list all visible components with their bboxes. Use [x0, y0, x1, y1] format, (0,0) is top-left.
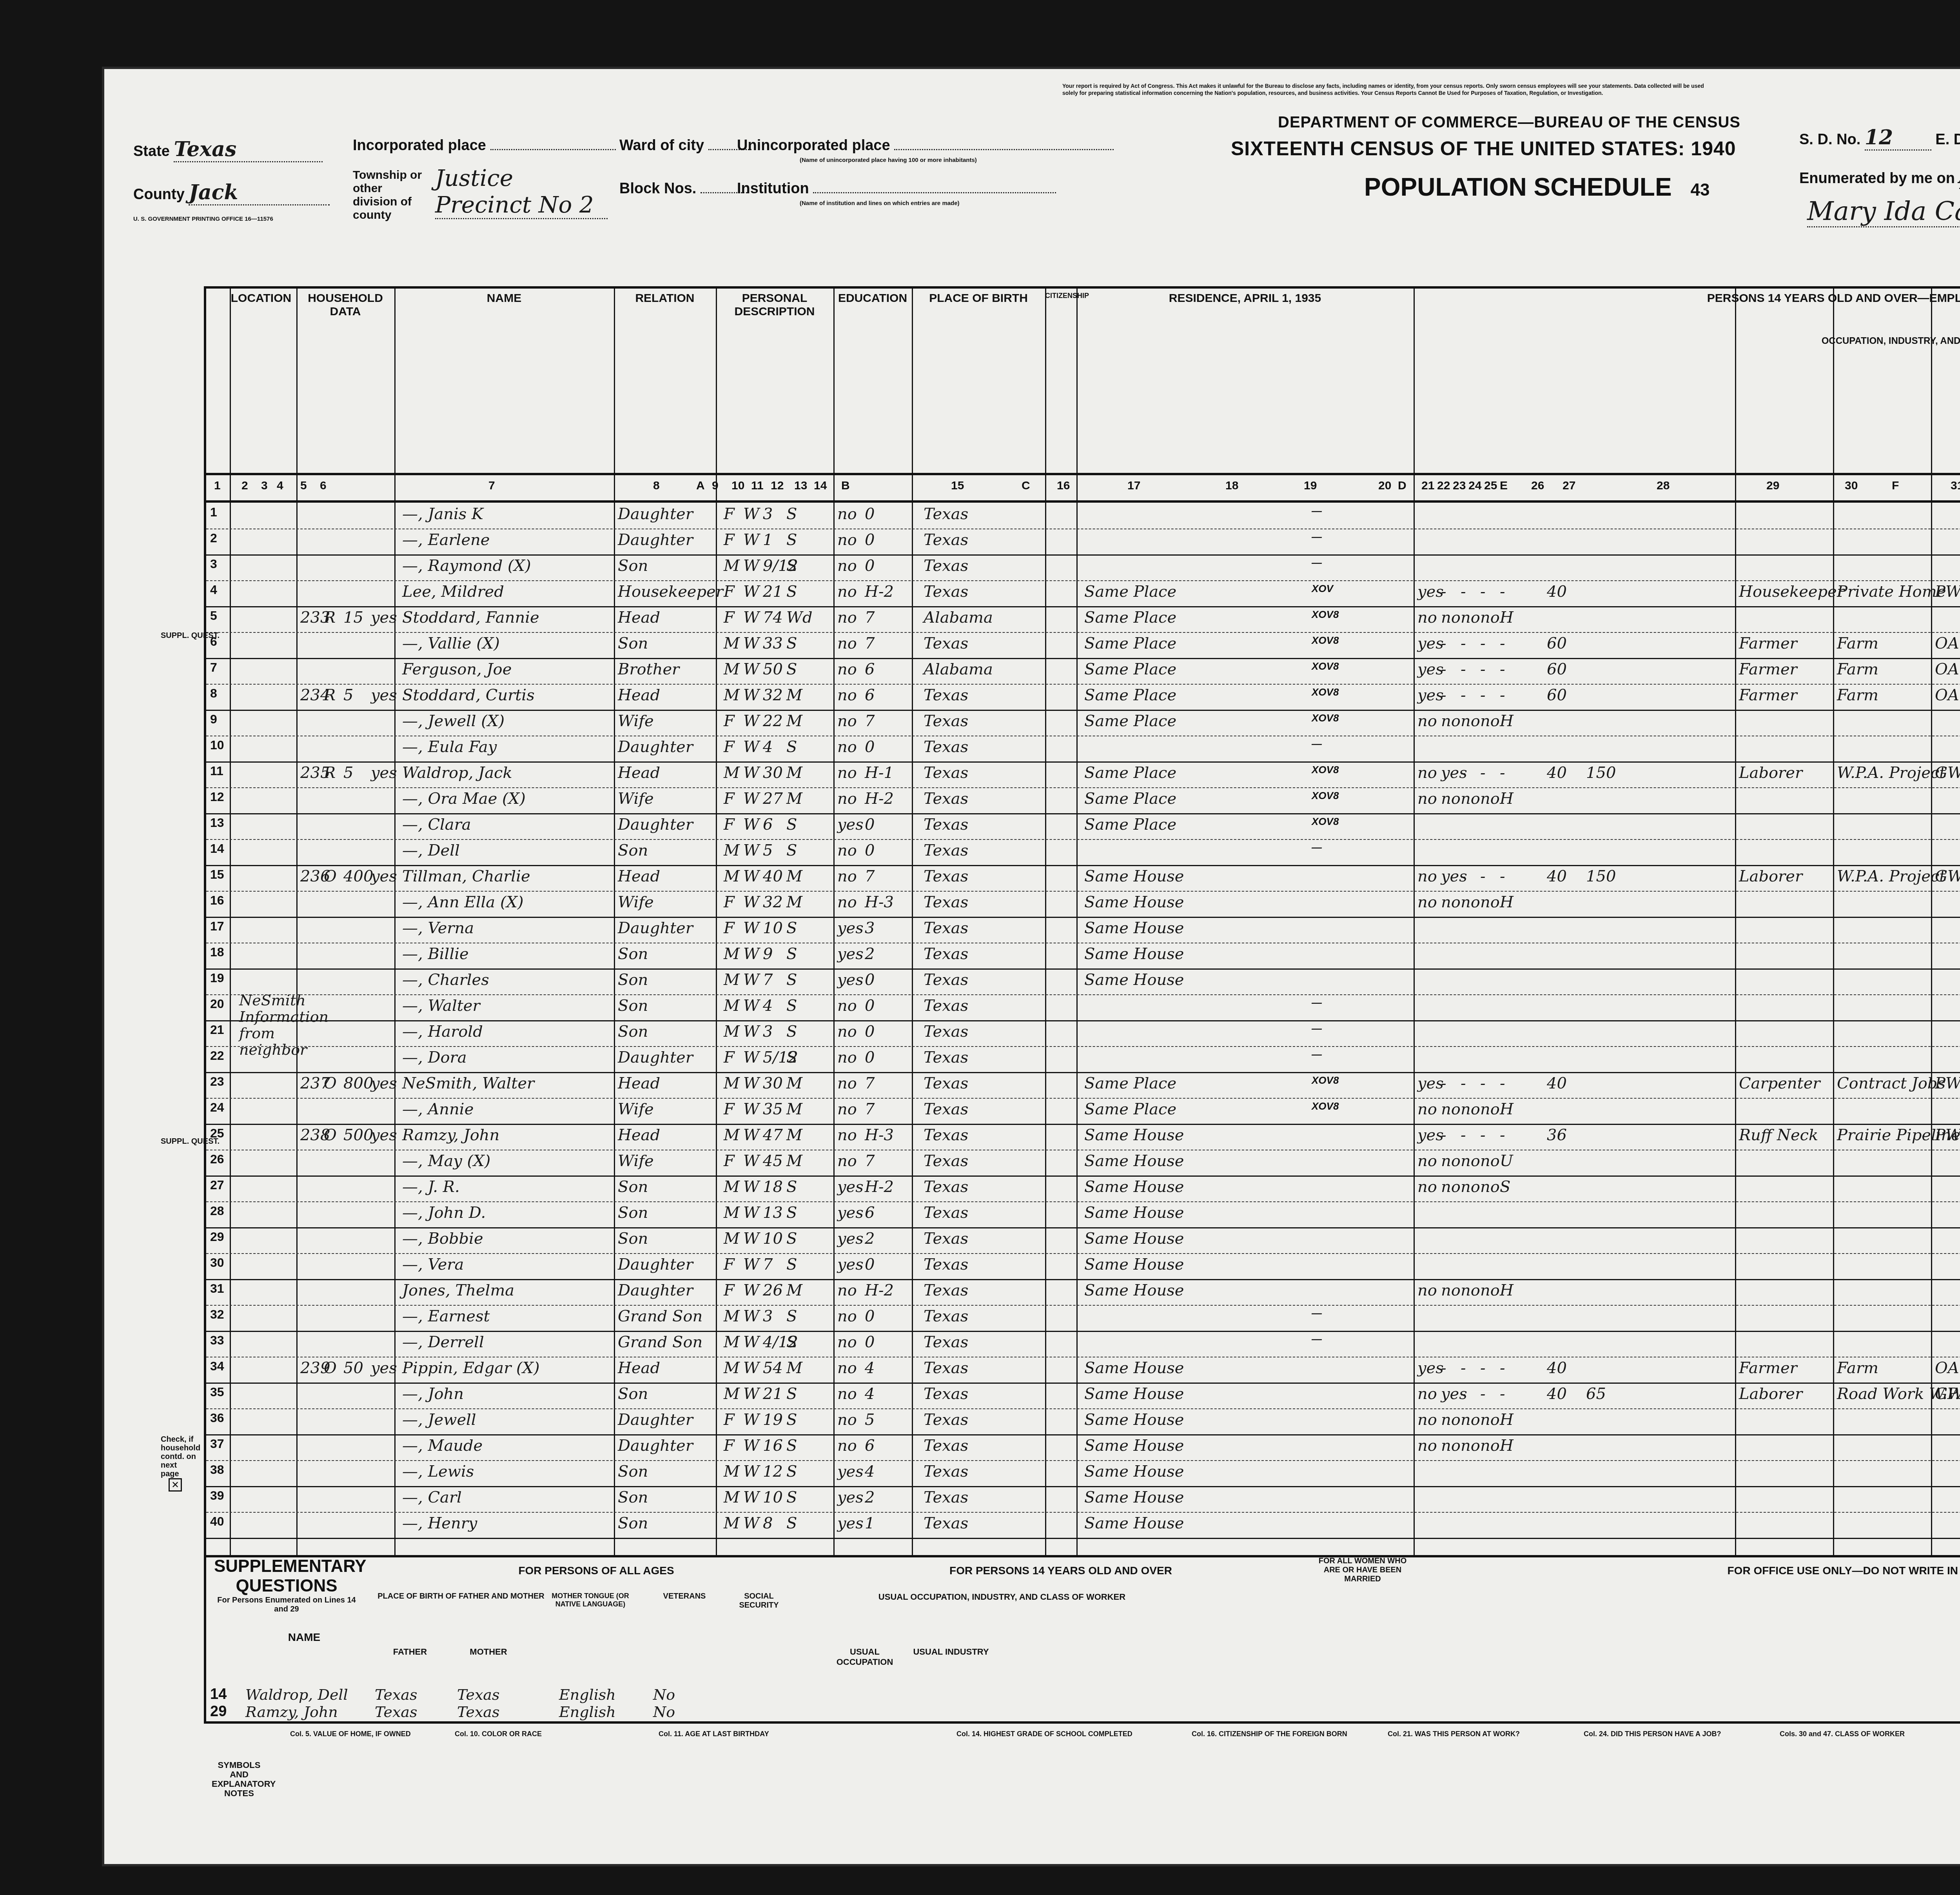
cell-grade: 1 — [865, 1514, 875, 1532]
cell-value: 15 — [343, 609, 363, 627]
cell-age: 8 — [763, 1514, 773, 1532]
cell-sex: M — [724, 1488, 740, 1506]
cell-grade: 7 — [865, 1100, 875, 1118]
cell-birthplace: Texas — [924, 738, 968, 756]
cell-birthplace: Texas — [924, 764, 968, 782]
cell-race: W — [743, 738, 759, 756]
cell-race: W — [743, 1100, 759, 1118]
cell-relation: Daughter — [618, 816, 693, 834]
cell-relation: Daughter — [618, 1437, 693, 1455]
institution-value — [813, 192, 1056, 193]
cell-d: XOV8 — [1312, 1100, 1339, 1112]
cell-sex: F — [724, 738, 735, 756]
section-household: HOUSEHOLD DATA — [296, 292, 394, 318]
cell-line: 16 — [210, 893, 224, 908]
cell-line: 10 — [210, 738, 224, 752]
cell-marital: S — [786, 1204, 797, 1222]
cell-d: XOV8 — [1312, 1074, 1339, 1086]
cell-c23: - — [1461, 686, 1466, 704]
section-employment: PERSONS 14 YEARS OLD AND OVER—EMPLOYMENT… — [1414, 292, 1960, 305]
cell-marital: S — [786, 1514, 797, 1532]
cell-c25: - — [1500, 686, 1505, 704]
enumerator-name: Mary Ida Carver — [1807, 196, 1960, 227]
cell-age: 10 — [763, 1488, 783, 1506]
cell-d: — — [1312, 738, 1322, 750]
cell-birthplace: Texas — [924, 557, 968, 575]
column-number: 9 — [712, 479, 719, 492]
cell-c24: - — [1480, 634, 1486, 652]
cell-race: W — [743, 1437, 759, 1455]
cell-c23: no — [1461, 609, 1480, 627]
printing-office: U. S. GOVERNMENT PRINTING OFFICE 16—1157… — [133, 216, 273, 222]
cell-relation: Son — [618, 1488, 648, 1506]
table-row: 13—, ClaraDaughterFW6Syes0TexasSame Plac… — [206, 813, 1960, 840]
cell-res1935: Same House — [1084, 919, 1184, 937]
cell-grade: 0 — [865, 971, 875, 989]
cell-c24: no — [1480, 1152, 1500, 1170]
cell-school: no — [837, 1048, 857, 1067]
cell-name: —, Vallie (X) — [402, 634, 500, 652]
cell-marital: S — [786, 1307, 797, 1325]
cell-sex: F — [724, 1411, 735, 1429]
cell-c23: no — [1461, 1152, 1480, 1170]
cell-c23: - — [1461, 634, 1466, 652]
cell-birthplace: Texas — [924, 1463, 968, 1481]
incorporated-place-label: Incorporated place — [353, 137, 486, 154]
cell-line: 26 — [210, 1152, 224, 1166]
cell-c24: no — [1480, 1437, 1500, 1455]
supp-cell-name: Waldrop, Dell — [245, 1686, 348, 1703]
cell-age: 47 — [763, 1126, 783, 1144]
cell-res1935: Same House — [1084, 893, 1184, 911]
table-row: 37—, MaudeDaughterFW16Sno6TexasSame Hous… — [206, 1434, 1960, 1461]
cell-race: W — [743, 505, 759, 523]
cell-d: XOV8 — [1312, 764, 1339, 776]
cell-name: —, Ora Mae (X) — [402, 790, 526, 808]
cell-sex: F — [724, 816, 735, 834]
note-col10: Col. 10. COLOR OR RACE — [455, 1729, 635, 1739]
cell-race: W — [743, 634, 759, 652]
cell-name: —, Carl — [402, 1488, 462, 1506]
cell-relation: Grand Son — [618, 1333, 702, 1351]
sd-label: S. D. No. — [1799, 131, 1860, 148]
cell-sex: F — [724, 919, 735, 937]
cell-sex: M — [724, 867, 740, 885]
cell-name: —, Ann Ella (X) — [402, 893, 524, 911]
cell-age: 33 — [763, 634, 783, 652]
cell-age: 27 — [763, 790, 783, 808]
cell-c24: no — [1480, 1411, 1500, 1429]
cell-sex: M — [724, 1463, 740, 1481]
cell-res1935: Same Place — [1084, 1074, 1176, 1092]
cell-race: W — [743, 997, 759, 1015]
cell-age: 32 — [763, 893, 783, 911]
cell-race: W — [743, 1411, 759, 1429]
cell-class: OA — [1935, 660, 1959, 678]
enumerated-field: Enumerated by me on April 5 , 1940. — [1799, 165, 1960, 189]
cell-res1935: Same House — [1084, 945, 1184, 963]
cell-sex: F — [724, 505, 735, 523]
cell-c23: - — [1461, 764, 1466, 782]
cell-c24: no — [1480, 1178, 1500, 1196]
cell-value: 5 — [343, 764, 353, 782]
supp-header-father: FATHER — [371, 1647, 449, 1657]
cell-school: no — [837, 738, 857, 756]
cell-line: 32 — [210, 1307, 224, 1322]
note-col21: Col. 21. WAS THIS PERSON AT WORK? — [1388, 1729, 1568, 1739]
cell-name: —, Henry — [402, 1514, 477, 1532]
table-row: 27—, J. R.SonMW18SyesH-2TexasSame Housen… — [206, 1176, 1960, 1202]
cell-sex: M — [724, 997, 740, 1015]
cell-c24: no — [1480, 1281, 1500, 1299]
cell-age: 18 — [763, 1178, 783, 1196]
cell-line: 14 — [210, 841, 224, 856]
supp-cell-father: Texas — [375, 1703, 417, 1721]
cell-hours: 40 — [1547, 1359, 1567, 1377]
cell-c23: - — [1461, 1126, 1466, 1144]
cell-grade: 2 — [865, 1488, 875, 1506]
column-number: 3 — [261, 479, 268, 492]
cell-relation: Son — [618, 1463, 648, 1481]
column-number: 23 — [1453, 479, 1466, 492]
cell-school: no — [837, 1359, 857, 1377]
cell-age: 74 — [763, 609, 783, 627]
cell-line: 15 — [210, 867, 224, 882]
explanatory-notes: SYMBOLS AND EXPLANATORY NOTES Col. 5. VA… — [212, 1729, 1960, 1859]
cell-school: yes — [837, 971, 864, 989]
cell-race: W — [743, 1178, 759, 1196]
cell-grade: 0 — [865, 841, 875, 859]
cell-c22: no — [1441, 712, 1461, 730]
supp-cell-line: 14 — [210, 1686, 227, 1703]
cell-relation: Son — [618, 1514, 648, 1532]
table-row: 5233R15yesStoddard, FannieHeadFW74Wdno7A… — [206, 606, 1960, 633]
cell-d: — — [1312, 531, 1322, 543]
column-number: 8 — [653, 479, 660, 492]
table-row: 21—, HaroldSonMW3Sno0Texas—21 — [206, 1020, 1960, 1047]
cell-relation: Head — [618, 867, 660, 885]
cell-relation: Daughter — [618, 1281, 693, 1299]
supp-cell-language: English — [559, 1686, 616, 1703]
census-sheet: Your report is required by Act of Congre… — [102, 67, 1960, 1866]
cell-race: W — [743, 893, 759, 911]
cell-marital: S — [786, 738, 797, 756]
cell-c25: - — [1500, 1385, 1505, 1403]
cell-age: 30 — [763, 764, 783, 782]
cell-line: 35 — [210, 1385, 224, 1399]
incorporated-place-value — [490, 149, 616, 150]
cell-sex: M — [724, 1230, 740, 1248]
cell-age: 10 — [763, 1230, 783, 1248]
cell-class: GW — [1935, 764, 1960, 782]
cell-value: 500 — [343, 1126, 373, 1144]
cell-line: 11 — [210, 764, 223, 778]
cell-name: Stoddard, Fannie — [402, 609, 539, 627]
cell-line: 23 — [210, 1074, 224, 1089]
cell-sex: F — [724, 531, 735, 549]
column-number: B — [841, 479, 850, 492]
cell-relation: Son — [618, 1204, 648, 1222]
cell-c24: - — [1480, 867, 1486, 885]
cell-c25: H — [1500, 1100, 1514, 1118]
cell-school: no — [837, 1333, 857, 1351]
cell-birthplace: Texas — [924, 893, 968, 911]
cell-school: no — [837, 583, 857, 601]
cell-school: yes — [837, 816, 864, 834]
cell-sex: M — [724, 660, 740, 678]
cell-relation: Daughter — [618, 1255, 693, 1274]
note-col24: Col. 24. DID THIS PERSON HAVE A JOB? — [1584, 1729, 1764, 1739]
cell-marital: S — [786, 1385, 797, 1403]
cell-line: 33 — [210, 1333, 224, 1348]
cell-name: —, Clara — [402, 816, 471, 834]
cell-marital: S — [786, 919, 797, 937]
note-col14: Col. 14. HIGHEST GRADE OF SCHOOL COMPLET… — [956, 1729, 1137, 1739]
cell-grade: 0 — [865, 531, 875, 549]
cell-birthplace: Texas — [924, 1488, 968, 1506]
table-row: 2—, EarleneDaughterFW1Sno0Texas—2 — [206, 529, 1960, 556]
cell-sex: F — [724, 1281, 735, 1299]
cell-class: GW — [1935, 867, 1960, 885]
cell-name: —, Vera — [402, 1255, 464, 1274]
cell-race: W — [743, 790, 759, 808]
cell-marital: M — [786, 712, 802, 730]
cell-res1935: Same House — [1084, 1152, 1184, 1170]
cell-name: —, John D. — [402, 1204, 486, 1222]
county-label: County — [133, 186, 185, 203]
sd-value: 12 — [1865, 125, 1931, 151]
cell-school: yes — [837, 1488, 864, 1506]
enumerated-label: Enumerated by me on — [1799, 170, 1955, 187]
column-number: 13 — [794, 479, 807, 492]
cell-relation: Grand Son — [618, 1307, 702, 1325]
cell-grade: 7 — [865, 867, 875, 885]
section-name: NAME — [394, 292, 614, 305]
cell-line: 38 — [210, 1463, 224, 1477]
cell-line: 4 — [210, 583, 217, 597]
cell-age: 4 — [763, 738, 773, 756]
column-number: 31 — [1951, 479, 1960, 492]
cell-d: XOV8 — [1312, 634, 1339, 647]
cell-birthplace: Texas — [924, 1437, 968, 1455]
cell-grade: 2 — [865, 945, 875, 963]
cell-industry: Farm — [1837, 660, 1878, 678]
cell-hours: 40 — [1547, 764, 1567, 782]
table-row: 25238O500yesRamzy, JohnHeadMW47MnoH-3Tex… — [206, 1124, 1960, 1150]
cell-age: 32 — [763, 686, 783, 704]
cell-marital: S — [786, 945, 797, 963]
cell-marital: S — [786, 1048, 797, 1067]
cell-d: XOV — [1312, 583, 1333, 595]
cell-grade: 4 — [865, 1385, 875, 1403]
cell-grade: 0 — [865, 816, 875, 834]
note-col5: Col. 5. VALUE OF HOME, IF OWNED — [290, 1729, 470, 1739]
cell-hours: 40 — [1547, 1385, 1567, 1403]
table-row: 26—, May (X)WifeFW45Mno7TexasSame Housen… — [206, 1150, 1960, 1177]
cell-grade: 7 — [865, 634, 875, 652]
cell-relation: Brother — [618, 660, 679, 678]
table-row: 6—, Vallie (X)SonMW33Sno7TexasSame Place… — [206, 632, 1960, 659]
cell-res1935: Same Place — [1084, 764, 1176, 782]
cell-c22: no — [1441, 893, 1461, 911]
cell-value: 50 — [343, 1359, 363, 1377]
cell-relation: Daughter — [618, 505, 693, 523]
cell-age: 35 — [763, 1100, 783, 1118]
cell-name: —, Raymond (X) — [402, 557, 531, 575]
cell-birthplace: Texas — [924, 1307, 968, 1325]
table-row: 22—, DoraDaughterFW5/12Sno0Texas—22 — [206, 1046, 1960, 1073]
cell-age: 3 — [763, 505, 773, 523]
cell-c24: - — [1480, 764, 1486, 782]
cell-c22: no — [1441, 1411, 1461, 1429]
cell-c21: yes — [1417, 1359, 1444, 1377]
table-row: 32—, EarnestGrand SonMW3Sno0Texas—32 — [206, 1305, 1960, 1332]
cell-birthplace: Alabama — [924, 609, 993, 627]
cell-line: 18 — [210, 945, 224, 959]
state-value: Texas — [174, 137, 323, 162]
cell-c21: no — [1417, 764, 1437, 782]
cell-age: 22 — [763, 712, 783, 730]
cell-age: 1 — [763, 531, 773, 549]
cell-race: W — [743, 660, 759, 678]
cell-race: W — [743, 686, 759, 704]
cell-c21: no — [1417, 1385, 1437, 1403]
cell-sex: F — [724, 893, 735, 911]
cell-tenure: R — [324, 609, 336, 627]
cell-race: W — [743, 867, 759, 885]
cell-hours: 60 — [1547, 686, 1567, 704]
cell-c22: - — [1441, 1359, 1446, 1377]
cell-c25: H — [1500, 1411, 1514, 1429]
supplementary-questions: SUPPLEMENTARY QUESTIONS For Persons Enum… — [204, 1553, 1960, 1724]
column-headers: LOCATION HOUSEHOLD DATA NAME RELATION PE… — [206, 289, 1960, 475]
cell-school: no — [837, 505, 857, 523]
schedule-stamp: 43 — [1690, 180, 1710, 200]
cell-sex: F — [724, 790, 735, 808]
cell-birthplace: Texas — [924, 686, 968, 704]
cell-relation: Wife — [618, 1100, 654, 1118]
column-number: 12 — [771, 479, 784, 492]
cell-c22: no — [1441, 1100, 1461, 1118]
cell-d: — — [1312, 1048, 1322, 1061]
cell-age: 40 — [763, 867, 783, 885]
cell-name: —, Derrell — [402, 1333, 484, 1351]
cell-res1935: Same House — [1084, 1178, 1184, 1196]
cell-res1935: Same House — [1084, 1281, 1184, 1299]
cell-value: 800 — [343, 1074, 373, 1092]
cell-age: 16 — [763, 1437, 783, 1455]
cell-c21: no — [1417, 609, 1437, 627]
cell-birthplace: Texas — [924, 1281, 968, 1299]
cell-school: yes — [837, 945, 864, 963]
cell-name: —, Verna — [402, 919, 474, 937]
cell-c21: no — [1417, 1437, 1437, 1455]
cell-birthplace: Texas — [924, 919, 968, 937]
cell-res1935: Same Place — [1084, 660, 1176, 678]
table-row: 34239O50yesPippin, Edgar (X)HeadMW54Mno4… — [206, 1357, 1960, 1384]
household-continued-checkbox[interactable]: ✕ — [169, 1478, 182, 1492]
cell-grade: 0 — [865, 1255, 875, 1274]
cell-age: 26 — [763, 1281, 783, 1299]
cell-sex: M — [724, 1023, 740, 1041]
cell-race: W — [743, 1281, 759, 1299]
table-row: 14—, DellSonMW5Sno0Texas—14 — [206, 839, 1960, 866]
cell-occupation: Farmer — [1739, 660, 1797, 678]
cell-marital: M — [786, 686, 802, 704]
cell-line: 30 — [210, 1255, 224, 1270]
cell-name: Lee, Mildred — [402, 583, 504, 601]
cell-line: 20 — [210, 997, 224, 1011]
cell-c23: - — [1461, 1359, 1466, 1377]
ward-field: Ward of city — [619, 137, 751, 154]
cell-marital: S — [786, 557, 797, 575]
cell-industry: Contract Jobs — [1837, 1074, 1945, 1092]
cell-marital: S — [786, 1023, 797, 1041]
cell-line: 22 — [210, 1048, 224, 1063]
cell-res1935: Same House — [1084, 971, 1184, 989]
notes-title: SYMBOLS AND EXPLANATORY NOTES — [212, 1761, 267, 1798]
cell-c23: no — [1461, 1437, 1480, 1455]
supp-header-usual-occupation: USUAL OCCUPATION — [826, 1647, 904, 1667]
supp-subtitle: For Persons Enumerated on Lines 14 and 2… — [210, 1596, 363, 1614]
cell-sex: F — [724, 1152, 735, 1170]
cell-tenure: O — [324, 1126, 337, 1144]
cell-age: 30 — [763, 1074, 783, 1092]
block-label: Block Nos. — [619, 180, 696, 197]
cell-sex: M — [724, 1514, 740, 1532]
cell-relation: Son — [618, 1178, 648, 1196]
cell-res1935: Same House — [1084, 1126, 1184, 1144]
cell-race: W — [743, 1514, 759, 1532]
cell-name: Ferguson, Joe — [402, 660, 512, 678]
cell-sex: F — [724, 1437, 735, 1455]
cell-c25: - — [1500, 764, 1505, 782]
cell-relation: Son — [618, 557, 648, 575]
cell-d: XOV8 — [1312, 712, 1339, 724]
table-row: 3—, Raymond (X)SonMW9/12Sno0Texas—3 — [206, 554, 1960, 581]
township-label: Township or other division of county — [353, 169, 427, 222]
table-row: 9—, Jewell (X)WifeFW22Mno7TexasSame Plac… — [206, 710, 1960, 736]
table-row: 17—, VernaDaughterFW10Syes3TexasSame Hou… — [206, 917, 1960, 943]
supp-cell-veteran: No — [653, 1703, 675, 1721]
cell-race: W — [743, 971, 759, 989]
table-row: 8234R5yesStoddard, CurtisHeadMW32Mno6Tex… — [206, 684, 1960, 711]
supp-section-over14: FOR PERSONS 14 YEARS OLD AND OVER — [826, 1564, 1296, 1577]
section-location: LOCATION — [230, 292, 292, 305]
cell-d: — — [1312, 505, 1322, 517]
cell-birthplace: Texas — [924, 1100, 968, 1118]
cell-c21: no — [1417, 1411, 1437, 1429]
cell-age: 12 — [763, 1463, 783, 1481]
cell-sex: M — [724, 1178, 740, 1196]
cell-marital: S — [786, 816, 797, 834]
cell-c23: - — [1461, 583, 1466, 601]
cell-grade: 7 — [865, 609, 875, 627]
cell-name: —, Billie — [402, 945, 469, 963]
cell-name: —, Lewis — [402, 1463, 474, 1481]
cell-race: W — [743, 1204, 759, 1222]
cell-line: 21 — [210, 1023, 224, 1037]
column-number-row: 12345678A91011121314B15C1617181920D21222… — [206, 473, 1960, 503]
cell-c25: H — [1500, 893, 1514, 911]
cell-name: Jones, Thelma — [402, 1281, 514, 1299]
cell-industry: W.P.A. Project — [1837, 867, 1945, 885]
cell-c24: - — [1480, 1074, 1486, 1092]
cell-sex: M — [724, 841, 740, 859]
cell-name: —, Charles — [402, 971, 489, 989]
table-row: 39—, CarlSonMW10Syes2TexasSame House39 — [206, 1486, 1960, 1513]
cell-marital: M — [786, 1359, 802, 1377]
